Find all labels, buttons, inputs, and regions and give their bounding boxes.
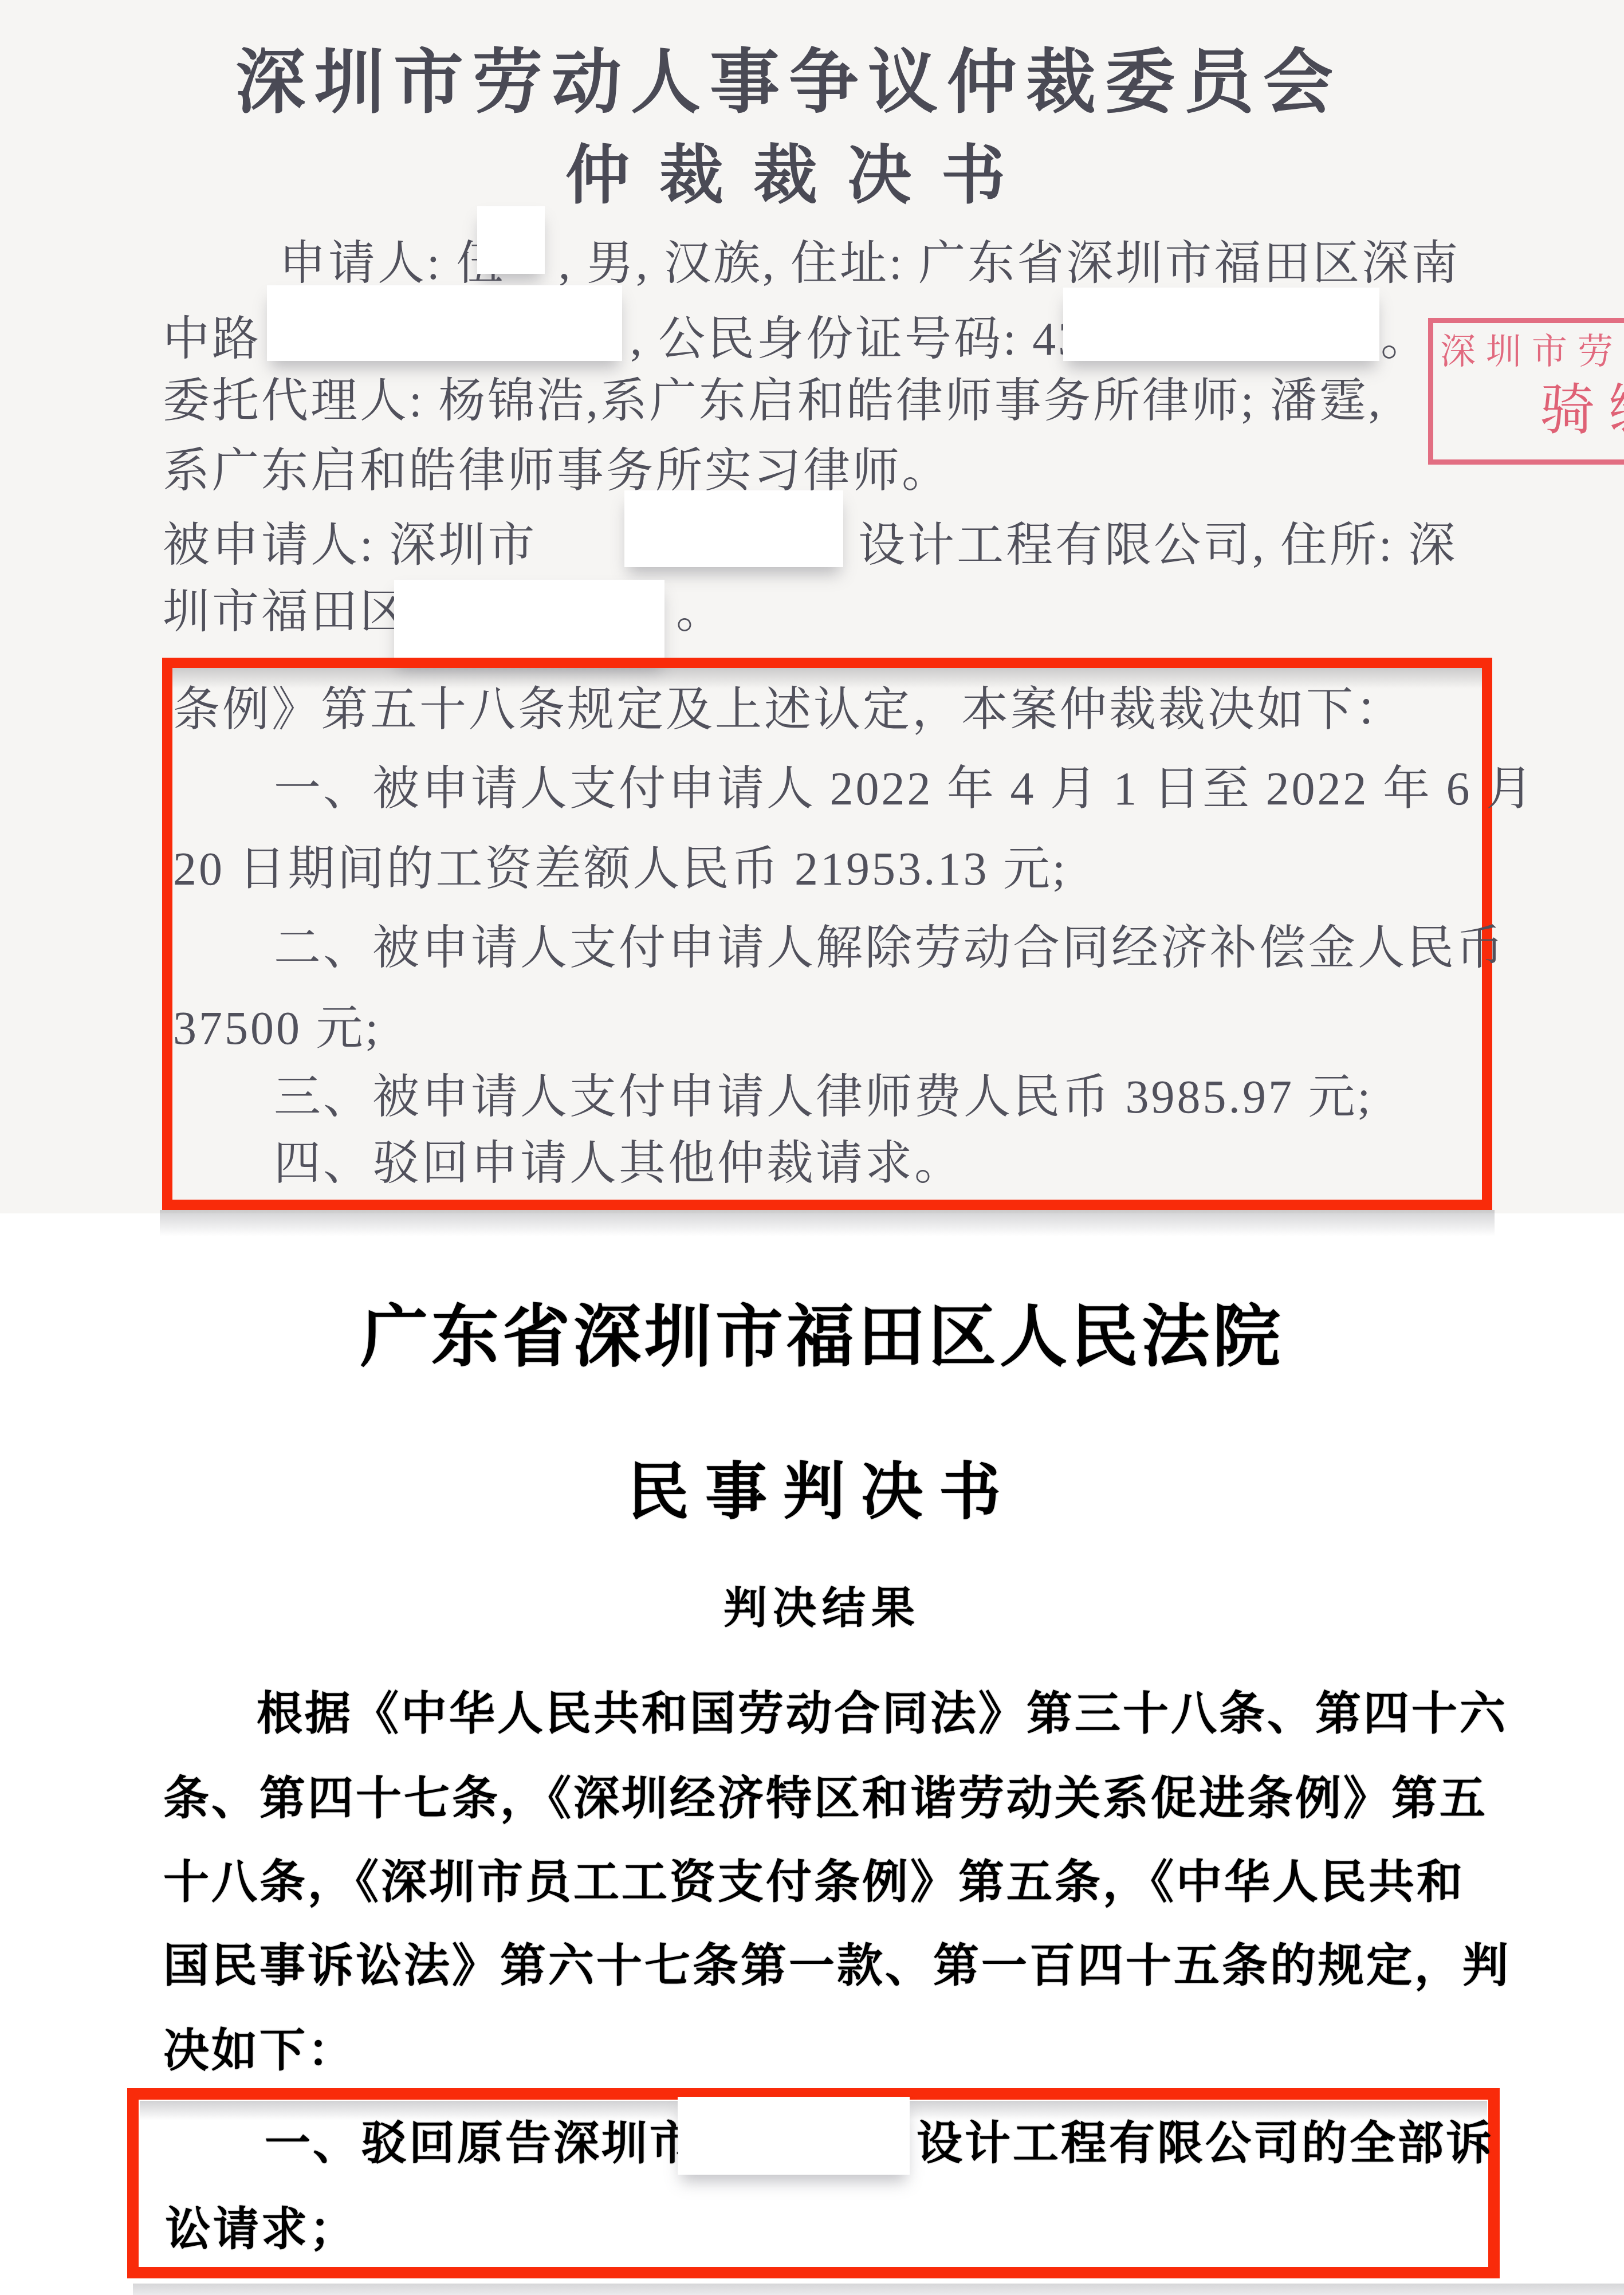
verdict-line2: 讼请求； [165, 2207, 357, 2253]
respondent-line-pre: 被申请人: 深圳市 [163, 522, 537, 569]
agent-line-1: 委托代理人: 杨锦浩,系广东启和皓律师事务所律师; 潘霆, [163, 378, 1383, 425]
judgment-body-line: 国民事诉讼法》第六十七条第一款、第一百四十五条的规定，判 [163, 1943, 1511, 1989]
redaction-id-number [1063, 288, 1379, 361]
stamp-text-line1: 深圳市劳动 [1440, 335, 1624, 370]
redaction-applicant-name [477, 206, 545, 274]
box1-drop-shadow [160, 1210, 1495, 1236]
redaction-address [267, 285, 622, 361]
ruling-item4: 四、驳回申请人其他仲裁请求。 [274, 1140, 964, 1187]
arbitration-doc-title: 仲 裁 裁 决 书 [0, 144, 1578, 209]
redaction-defendant-company [678, 2097, 910, 2175]
judgment-body-line: 根据《中华人民共和国劳动合同法》第三十八条、第四十六 [257, 1691, 1508, 1737]
ruling-intro: 条例》第五十八条规定及上述认定，本案仲裁裁决如下： [173, 686, 1405, 733]
bottom-shadow-strip [133, 2284, 1624, 2295]
redaction-company-name [624, 490, 843, 567]
redaction-company-address [394, 580, 664, 663]
ruling-item1-line1: 一、被申请人支付申请人 2022 年 4 月 1 日至 2022 年 6 月 [274, 765, 1535, 812]
agent-line-2: 系广东启和皓律师事务所实习律师。 [163, 447, 951, 494]
red-seam-stamp: 深圳市劳动 骑缝 [1428, 318, 1624, 465]
document-page: 深圳市劳动人事争议仲裁委员会 仲 裁 裁 决 书 申请人: 伍 , 男, 汉族,… [0, 0, 1624, 2295]
judgment-body-line: 十八条，《深圳市员工工资支付条例》第五条，《中华人民共和 [163, 1860, 1465, 1905]
address-line-post: 。 [1381, 316, 1430, 363]
verdict-line1-pre: 一、驳回原告深圳市 [265, 2121, 698, 2167]
judgment-body-line: 条、第四十七条，《深圳经济特区和谐劳动关系促进条例》第五 [163, 1776, 1488, 1822]
court-title: 广东省深圳市福田区人民法院 [23, 1304, 1621, 1372]
verdict-line1-post: 设计工程有限公司的全部诉 [917, 2121, 1494, 2167]
ruling-item2-line1: 二、被申请人支付申请人解除劳动合同经济补偿金人民币 [274, 925, 1505, 972]
respondent-line-post: 设计工程有限公司, 住所: 深 [858, 522, 1457, 569]
address-line-pre: 中路 [163, 316, 261, 363]
ruling-item2-line2: 37500 元; [173, 1005, 380, 1052]
address-line-mid: , 公民身份证号码: 430 [630, 316, 1110, 363]
judgment-body-line: 决如下： [163, 2028, 356, 2074]
applicant-line-post: , 男, 汉族, 住址: 广东省深圳市福田区深南 [559, 240, 1460, 287]
respondent-address-pre: 圳市福田区 [163, 588, 409, 635]
applicant-line-pre: 申请人: 伍 [279, 240, 505, 287]
court-section-title: 判决结果 [23, 1587, 1621, 1630]
ruling-item3: 三、被申请人支付申请人律师费人民币 3985.97 元; [274, 1074, 1373, 1121]
arbitration-org-title: 深圳市劳动人事争议仲裁委员会 [0, 48, 1578, 118]
stamp-text-line2: 骑缝 [1540, 383, 1624, 438]
court-doc-title: 民事判决书 [23, 1462, 1621, 1524]
ruling-item1-line2: 20 日期间的工资差额人民币 21953.13 元; [173, 846, 1068, 893]
respondent-address-post: 。 [676, 588, 725, 635]
